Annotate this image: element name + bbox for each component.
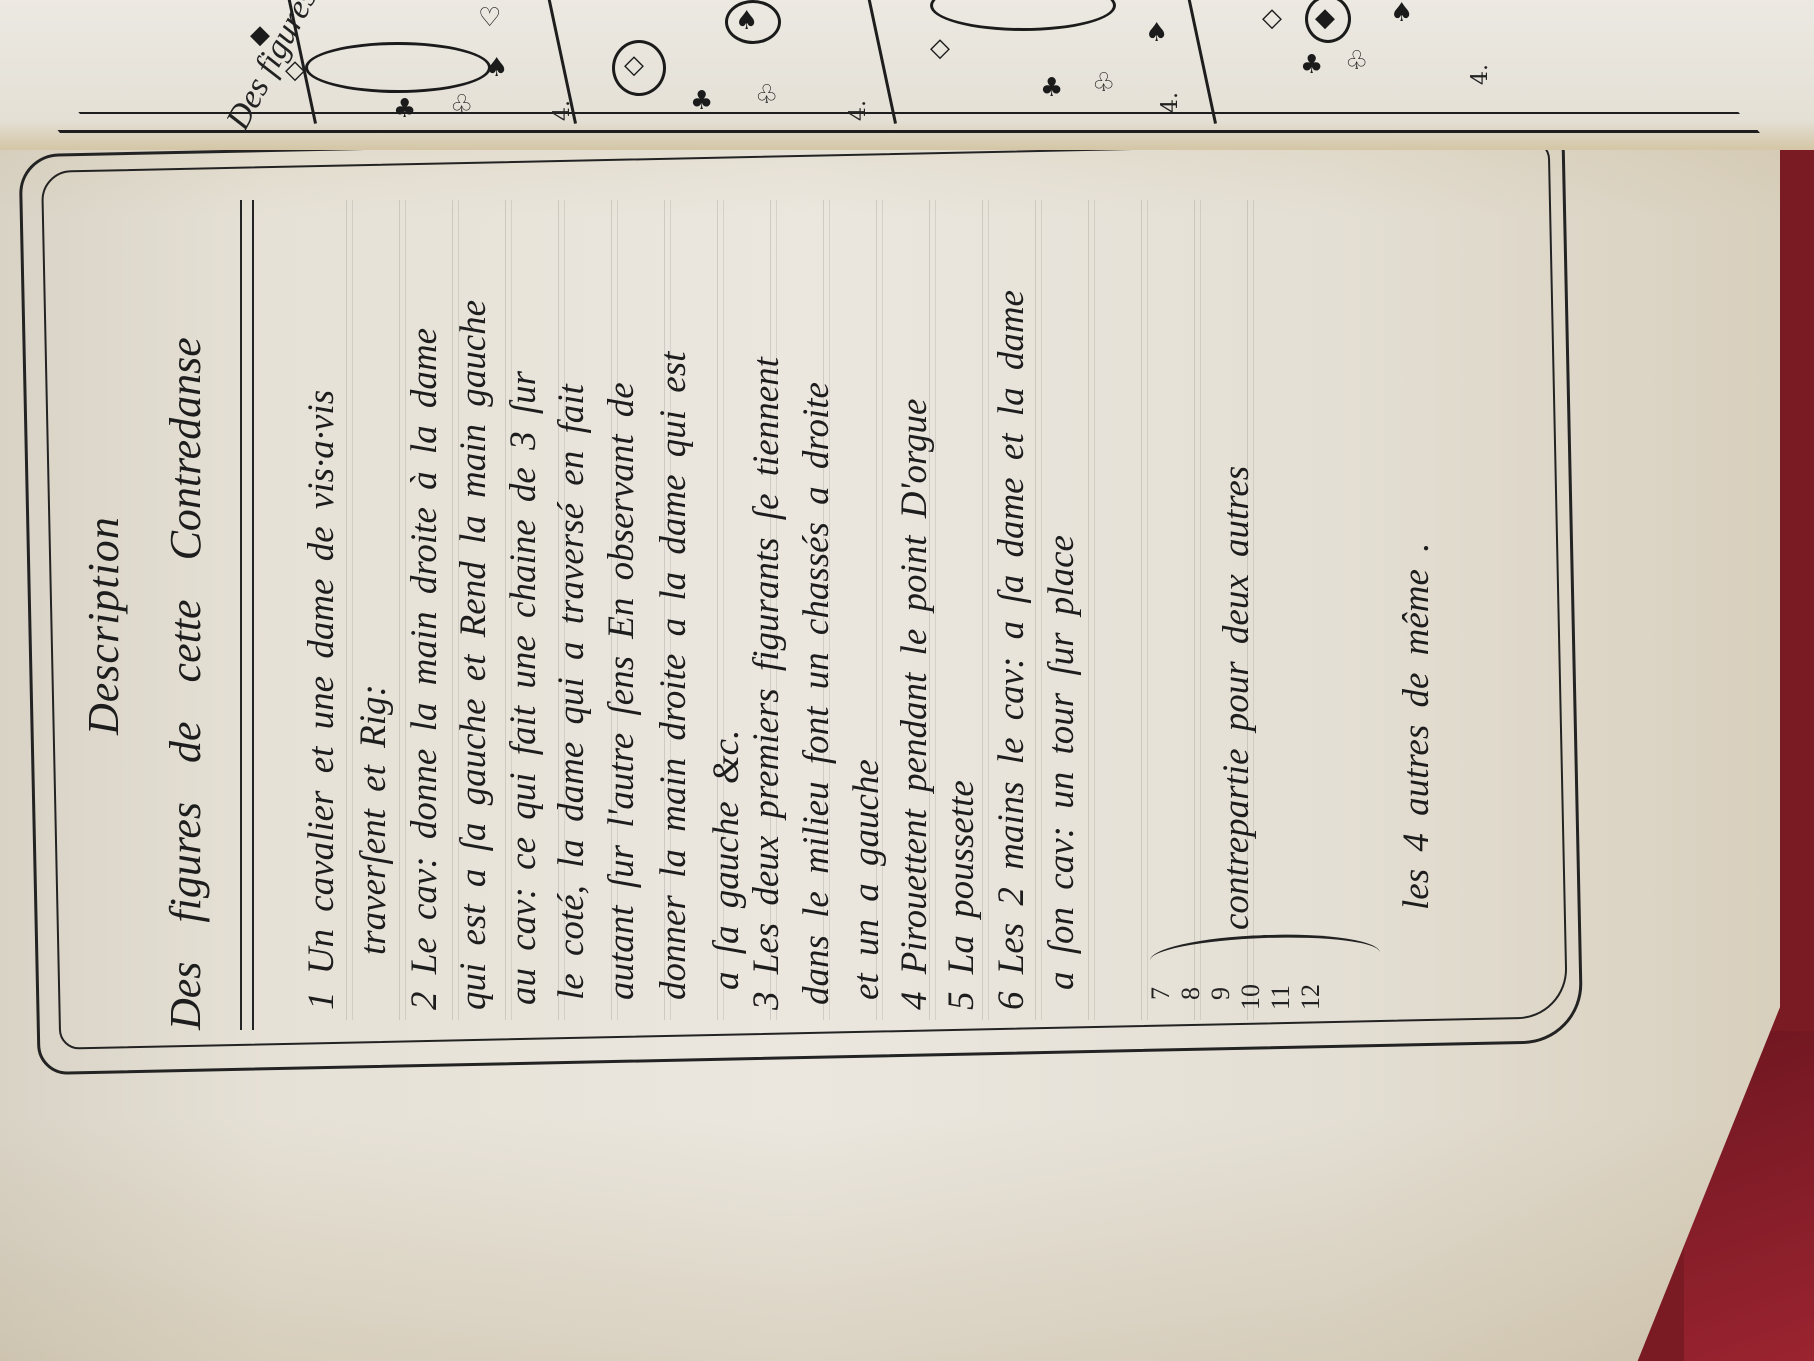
club-outline-icon: ♧ — [755, 82, 778, 108]
figure-number: 8 — [1178, 987, 1204, 1000]
description-line: a ſon cav: un tour ſur place — [1040, 535, 1083, 990]
description-line: a ſa gauche &c. — [705, 730, 748, 990]
club-outline-icon: ♧ — [450, 92, 473, 118]
diamond-outline-icon: ◇ — [930, 35, 950, 61]
figure-diagram-strip: Des figures ◆ ♡ ◇ ♠ ♣ ♧ 4. ◇ ♠ ♣ ♧ 4. ◇ … — [0, 0, 1814, 150]
figure-number: 9 — [1208, 987, 1234, 1000]
path-arrow-icon — [305, 42, 491, 93]
figure-number: 7 — [1148, 987, 1174, 1000]
description-line: autant ſur l'autre ſens En observant de — [600, 382, 643, 1000]
description-line: 6 Les 2 mains le cav: a ſa dame et la da… — [990, 290, 1033, 1010]
heart-outline-icon: ♡ — [478, 5, 501, 31]
page-subtitle: Des figures de cette Contredanse — [160, 337, 211, 1030]
figure-number: 10 — [1238, 984, 1264, 1010]
spade-icon: ♠ — [1145, 20, 1168, 46]
description-line: 3 Les deux premiers figurants ſe tiennen… — [745, 357, 788, 1010]
description-line: au cav: ce qui fait une chaine de 3 ſur — [502, 371, 545, 1005]
diamond-outline-icon: ◇ — [624, 52, 644, 78]
spade-icon: ♠ — [735, 8, 758, 34]
cell-label: 4. — [550, 100, 575, 121]
diamond-outline-icon: ◇ — [1262, 5, 1282, 31]
spade-icon: ♠ — [1390, 0, 1413, 26]
description-line: traverſent et Rig: — [352, 684, 395, 955]
description-line: donner la main droite a la dame qui est — [652, 352, 695, 1000]
closing-line: les 4 autres de même . — [1395, 543, 1438, 910]
diamond-filled-icon: ◆ — [1315, 5, 1335, 31]
club-filled-icon: ♣ — [690, 88, 713, 114]
header-divider — [240, 200, 254, 1030]
description-line: 4 Pirouettent pendant le point D'orgue — [893, 399, 936, 1010]
cell-label: 4. — [1158, 92, 1183, 113]
club-filled-icon: ♣ — [1040, 75, 1063, 101]
page-title: Description — [78, 516, 129, 735]
figure-number: 11 — [1268, 985, 1294, 1010]
description-line: 1 Un cavalier et une dame de vis·a·vis — [300, 390, 343, 1010]
cell-label: 4. — [846, 100, 871, 121]
description-line: dans le milieu font un chassés a droite — [795, 382, 838, 1005]
bracket-description: contrepartie pour deux autres — [1215, 466, 1258, 930]
description-line: 5 La poussette — [940, 780, 983, 1010]
description-line: 2 Le cav: donne la main droite à la dame — [403, 328, 446, 1010]
figure-number: 12 — [1298, 984, 1324, 1010]
cell-label: 4. — [1468, 64, 1493, 85]
club-filled-icon: ♣ — [1300, 52, 1323, 78]
description-line: qui est a ſa gauche et Rend la main gauc… — [452, 300, 495, 1010]
club-filled-icon: ♣ — [393, 96, 416, 122]
diamond-outline-icon: ◇ — [285, 57, 305, 83]
diamond-filled-icon: ◆ — [250, 22, 270, 48]
club-outline-icon: ♧ — [1345, 48, 1368, 74]
club-outline-icon: ♧ — [1092, 70, 1115, 96]
description-line: et un a gauche — [845, 759, 888, 1000]
description-line: le coté, la dame qui a traversé en fait — [550, 384, 593, 1000]
